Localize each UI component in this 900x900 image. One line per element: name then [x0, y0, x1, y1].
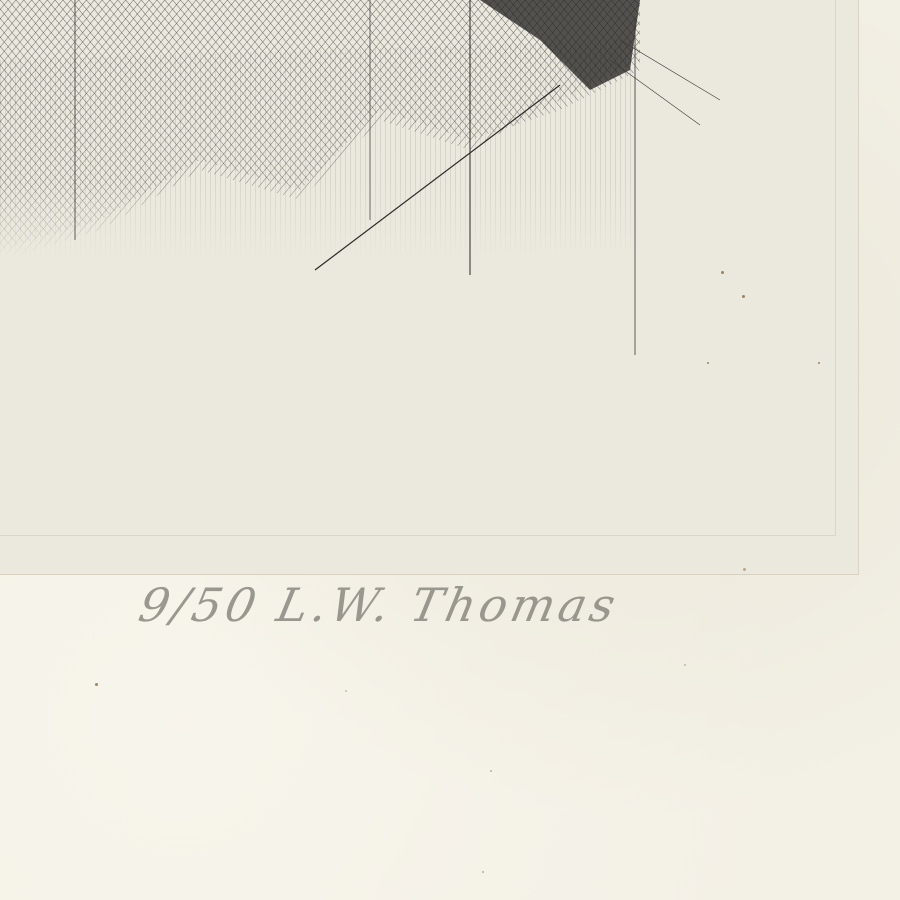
crosshatched-etching: [0, 0, 900, 600]
pencil-inscription: 9/50 L.W. Thomas: [134, 578, 624, 632]
